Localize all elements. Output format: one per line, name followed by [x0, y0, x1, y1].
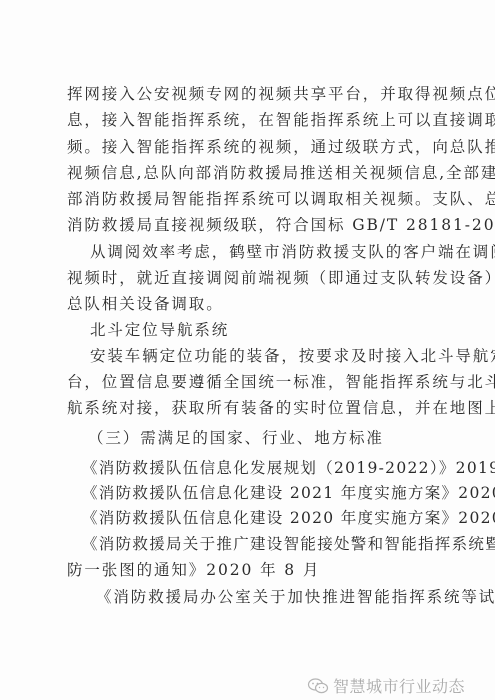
body-line: 台，位置信息要遵循全国统一标准，智能指挥系统与北斗定位导	[67, 372, 435, 392]
reference-item: 《消防救援队伍信息化建设 2021 年度实施方案》2020 年 3 月	[82, 483, 450, 503]
section-heading: （三）需满足的国家、行业、地方标准	[88, 428, 456, 448]
paragraph-start-line: 安装车辆定位功能的装备，按要求及时接入北斗导航定位平	[90, 346, 458, 366]
body-line: 消防救援局直接视频级联，符合国标 GB/T 28181-2016。	[67, 215, 435, 235]
body-line: 挥网接入公安视频专网的视频共享平台，并取得视频点位相关信	[67, 84, 435, 104]
body-line: 部消防救援局智能指挥系统可以调取相关视频。支队、总队、部	[67, 189, 435, 209]
watermark-label: 智慧城市行业动态	[333, 674, 465, 697]
body-line: 视频信息,总队向部消防救援局推送相关视频信息,全部建成后，	[67, 163, 435, 183]
reference-item-continuation: 防一张图的通知》2020 年 8 月	[67, 560, 435, 580]
reference-item: 《消防救援队伍信息化发展规划（2019-2022）》2019 年 5 月	[82, 458, 450, 478]
wechat-icon	[307, 677, 329, 695]
reference-item: 《消防救援队伍信息化建设 2020 年度实施方案》2020 年 3 月	[82, 508, 450, 528]
body-line: 视频时，就近直接调阅前端视频（即通过支队转发设备），不通过	[67, 268, 435, 288]
reference-item: 《消防救援局关于推广建设智能接处警和智能指挥系统暨全国消	[82, 534, 450, 554]
subsection-title: 北斗定位导航系统	[90, 320, 458, 340]
reference-item: 《消防救援局办公室关于加快推进智能指挥系统等试点工作的	[96, 587, 464, 607]
watermark: 智慧城市行业动态	[307, 674, 465, 697]
body-line: 频。接入智能指挥系统的视频，通过级联方式，向总队推送相关	[67, 137, 435, 157]
document-page: 挥网接入公安视频专网的视频共享平台，并取得视频点位相关信 息，接入智能指挥系统，…	[0, 0, 495, 700]
body-line: 息，接入智能指挥系统，在智能指挥系统上可以直接调取相关视	[67, 110, 435, 130]
body-line: 航系统对接，获取所有装备的实时位置信息，并在地图上展示。	[67, 398, 435, 418]
body-line: 总队相关设备调取。	[67, 294, 435, 314]
paragraph-start-line: 从调阅效率考虑，鹤壁市消防救援支队的客户端在调阅现场	[90, 242, 458, 262]
